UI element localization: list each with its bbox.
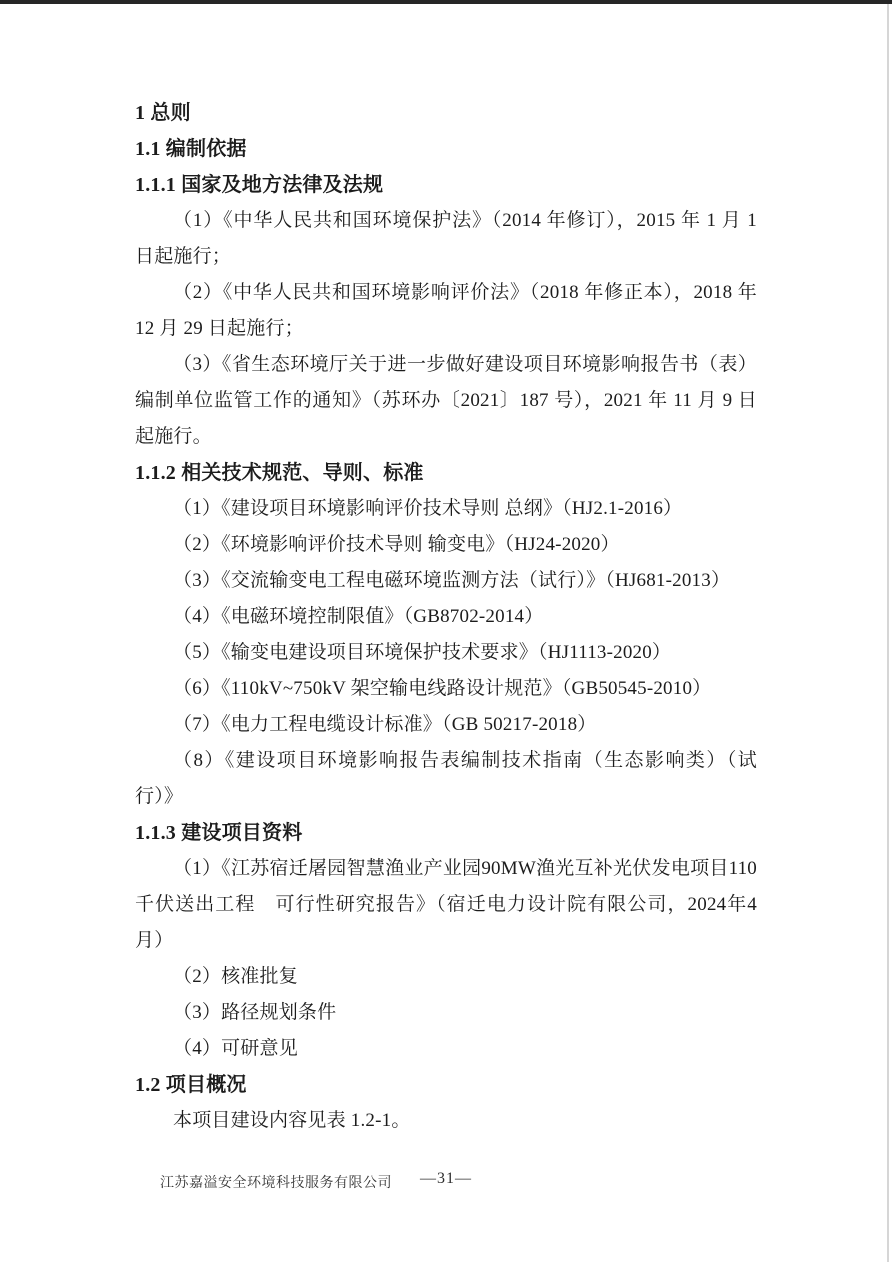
document-page: 1 总则 1.1 编制依据 1.1.1 国家及地方法律及法规 （1）《中华人民共… xyxy=(0,0,892,1262)
para-standard-item-5: （5）《输变电建设项目环境保护技术要求》（HJ1113-2020） xyxy=(135,635,757,671)
para-law-item-2: （2）《中华人民共和国环境影响评价法》（2018 年修正本），2018 年 12… xyxy=(135,275,757,347)
para-standard-item-7: （7）《电力工程电缆设计标准》（GB 50217-2018） xyxy=(135,707,757,743)
scan-edge-top xyxy=(0,0,892,4)
para-project-doc-3: （3）路径规划条件 xyxy=(135,995,757,1031)
para-law-item-3: （3）《省生态环境厅关于进一步做好建设项目环境影响报告书（表）编制单位监管工作的… xyxy=(135,347,757,455)
heading-section-1-2: 1.2 项目概况 xyxy=(135,1067,757,1103)
para-standard-item-8: （8）《建设项目环境影响报告表编制技术指南（生态影响类）（试行）》 xyxy=(135,743,757,815)
para-standard-item-4: （4）《电磁环境控制限值》（GB8702-2014） xyxy=(135,599,757,635)
para-project-doc-1: （1）《江苏宿迁屠园智慧渔业产业园90MW渔光互补光伏发电项目110千伏送出工程… xyxy=(135,851,757,959)
heading-section-1-1-2: 1.1.2 相关技术规范、导则、标准 xyxy=(135,455,757,491)
page-footer: 江苏嘉溢安全环境科技服务有限公司 —31— xyxy=(0,1170,892,1196)
para-project-doc-2: （2）核准批复 xyxy=(135,959,757,995)
scan-edge-right xyxy=(887,4,889,1262)
para-standard-item-2: （2）《环境影响评价技术导则 输变电》（HJ24-2020） xyxy=(135,527,757,563)
heading-section-1-1: 1.1 编制依据 xyxy=(135,131,757,167)
para-project-overview: 本项目建设内容见表 1.2-1。 xyxy=(135,1103,757,1139)
heading-section-1-1-1: 1.1.1 国家及地方法律及法规 xyxy=(135,167,757,203)
para-project-doc-4: （4）可研意见 xyxy=(135,1031,757,1067)
heading-chapter-1: 1 总则 xyxy=(135,95,757,131)
para-standard-item-6: （6）《110kV~750kV 架空输电线路设计规范》（GB50545-2010… xyxy=(135,671,757,707)
footer-page-number: —31— xyxy=(0,1170,892,1188)
para-law-item-1: （1）《中华人民共和国环境保护法》（2014 年修订），2015 年 1 月 1… xyxy=(135,203,757,275)
document-body: 1 总则 1.1 编制依据 1.1.1 国家及地方法律及法规 （1）《中华人民共… xyxy=(135,95,757,1139)
heading-section-1-1-3: 1.1.3 建设项目资料 xyxy=(135,815,757,851)
para-standard-item-1: （1）《建设项目环境影响评价技术导则 总纲》（HJ2.1-2016） xyxy=(135,491,757,527)
para-standard-item-3: （3）《交流输变电工程电磁环境监测方法（试行）》（HJ681-2013） xyxy=(135,563,757,599)
